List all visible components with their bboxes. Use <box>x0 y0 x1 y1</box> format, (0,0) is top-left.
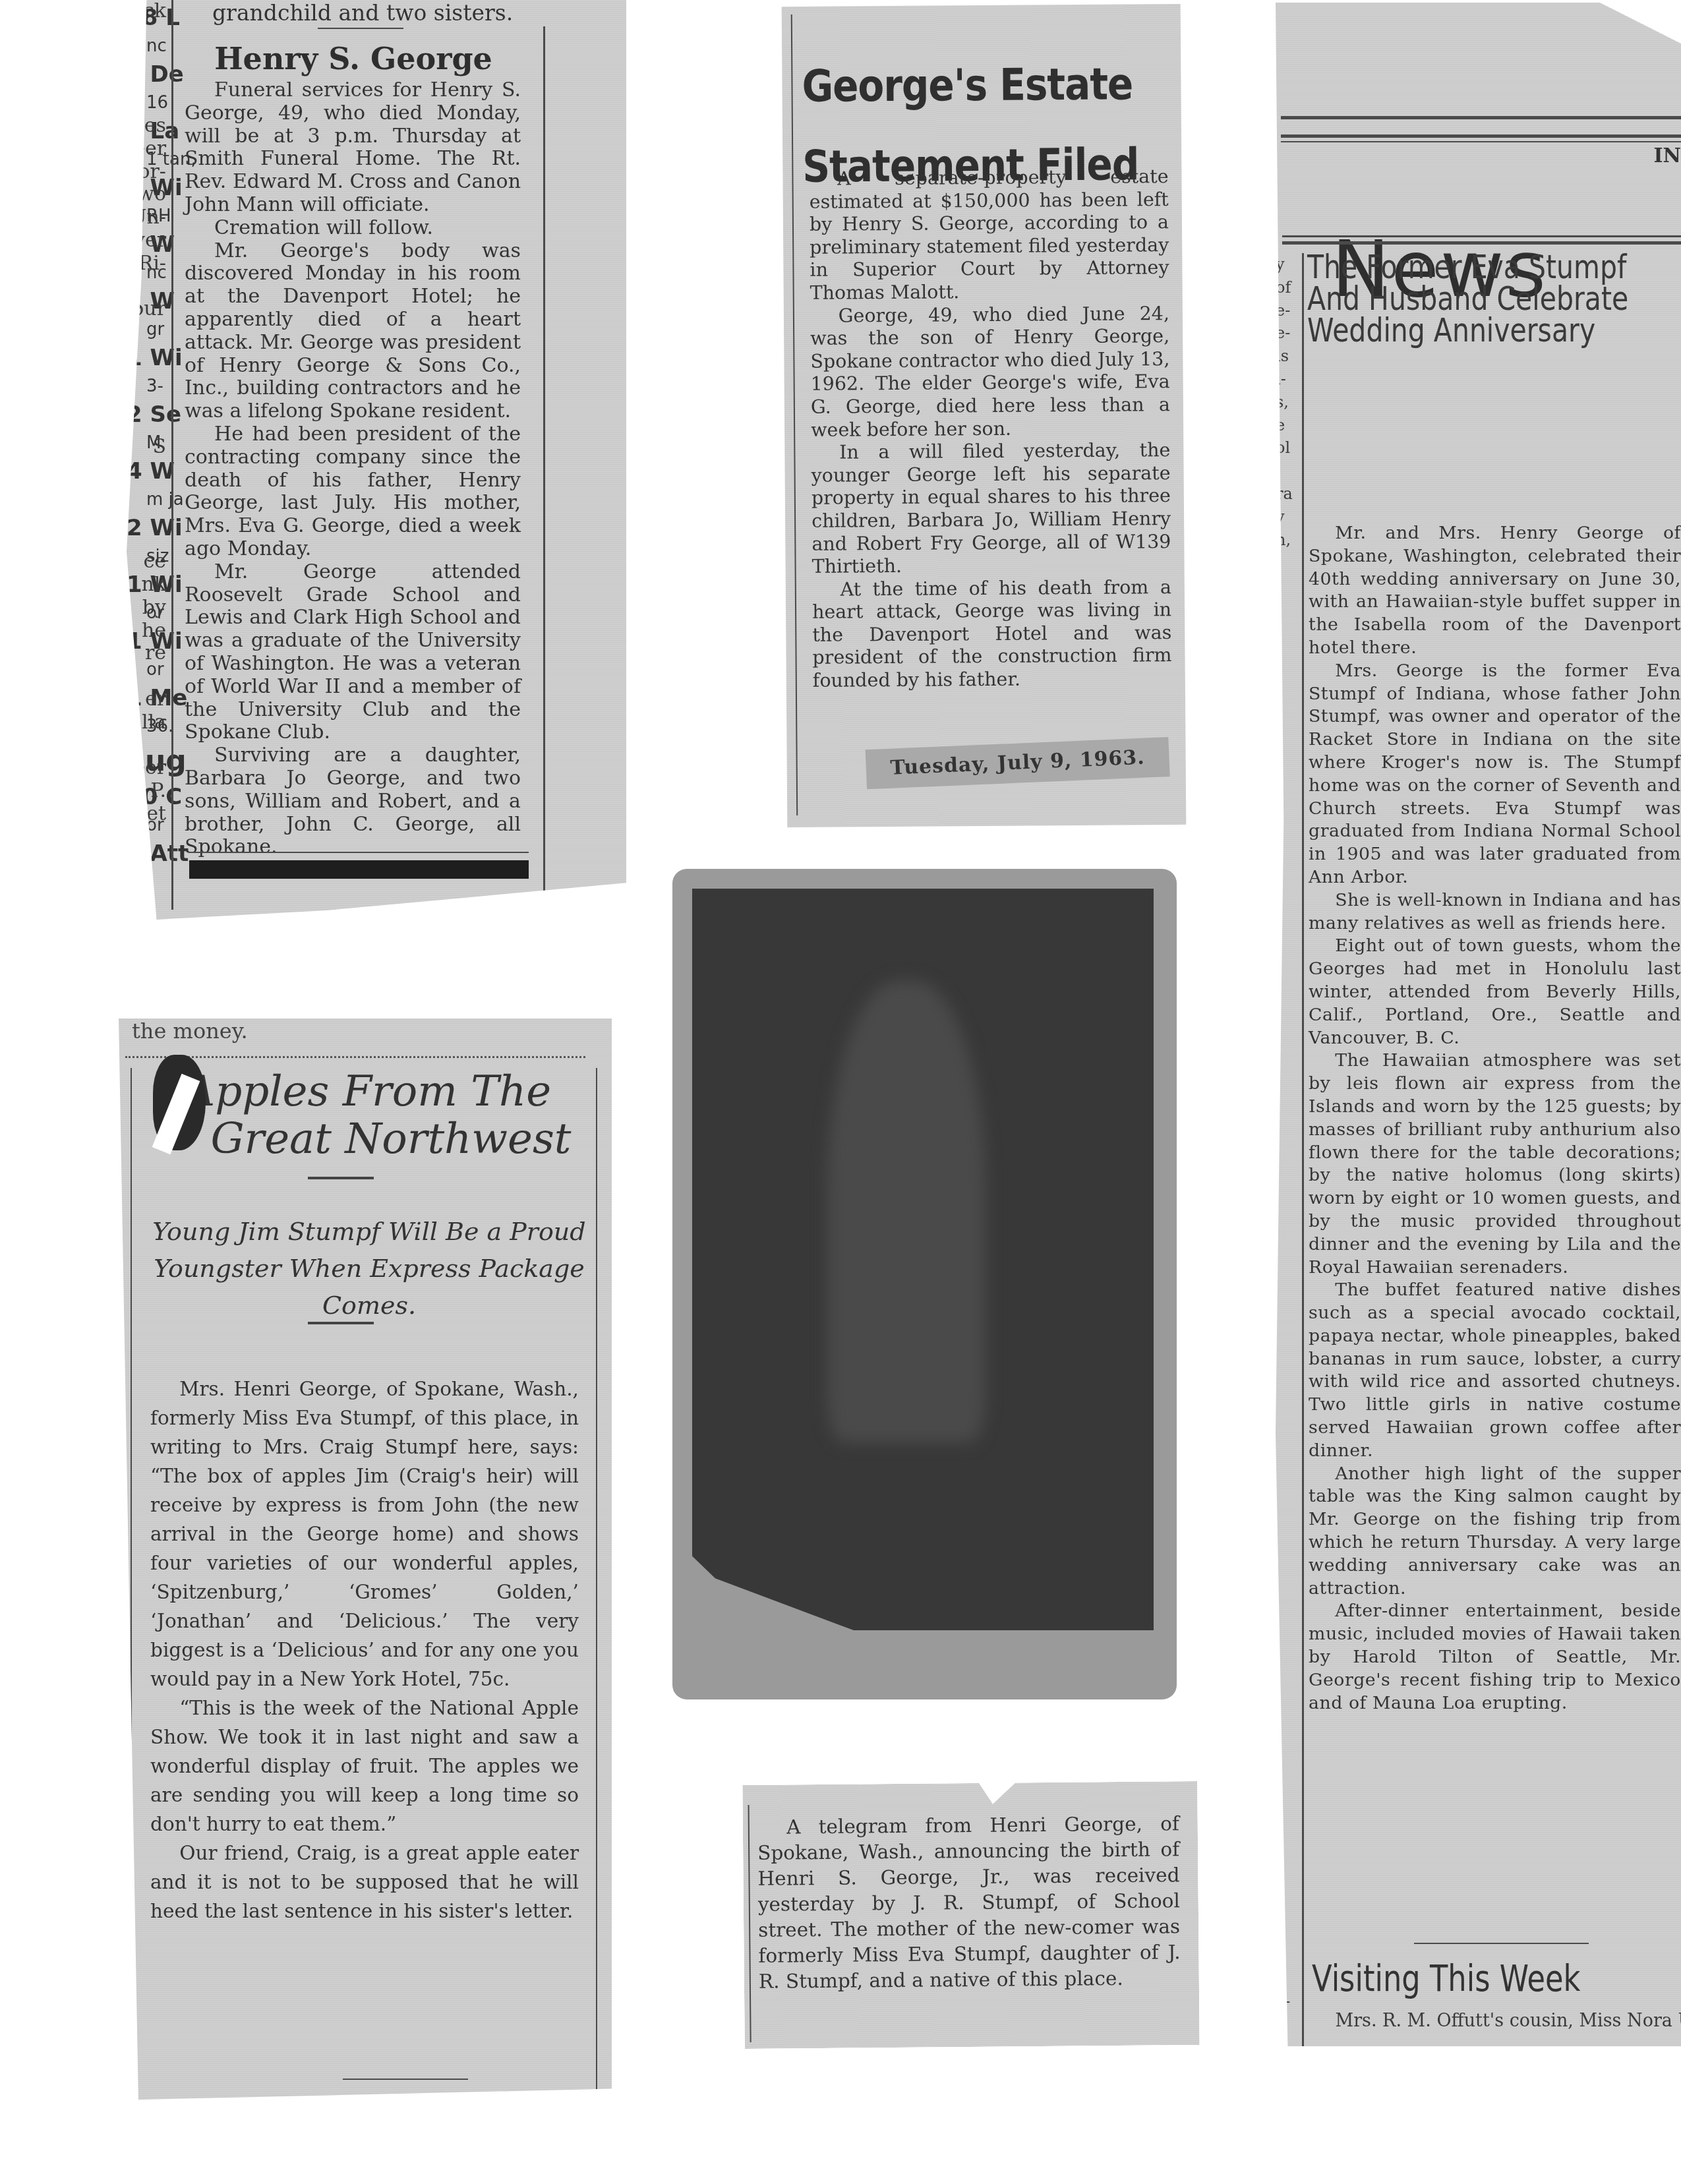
obituary-paragraph: Surviving are a daughter, Barbara Jo Geo… <box>185 744 521 859</box>
apples-paragraph: Our friend, Craig, is a great apple eate… <box>150 1839 579 1926</box>
estate-paragraph: George, 49, who died June 24, was the so… <box>810 303 1170 442</box>
anniversary-paragraph: Mrs. George is the former Eva Stumpf of … <box>1309 660 1681 889</box>
column-rule <box>131 1068 132 2096</box>
telegram-body: A telegram from Henri George, of Spokane… <box>757 1811 1181 1995</box>
masthead-rule <box>1281 141 1681 142</box>
headline-line: Great Northwest <box>137 1115 599 1163</box>
apples-subhead: Young Jim Stumpf Will Be a Proud Youngst… <box>138 1213 600 1324</box>
photo-image <box>692 889 1154 1630</box>
telegram-clipping: A telegram from Henri George, of Spokane… <box>742 1781 1199 2049</box>
obituary-paragraph: He had been president of the contracting… <box>185 423 521 561</box>
apples-paragraph: “This is the week of the National Apple … <box>150 1694 579 1839</box>
obituary-left-column-fragment: uck nes eer or- wo Un- ver Ri- our S ce … <box>127 0 166 826</box>
divider <box>1414 1943 1589 1944</box>
anniversary-paragraph: Mr. and Mrs. Henry George of Spokane, Wa… <box>1309 522 1681 660</box>
child-figure <box>827 981 986 1442</box>
anniversary-paragraph: After-dinner entertainment, beside music… <box>1309 1600 1681 1715</box>
anniversary-paragraph: The Hawaiian atmosphere was set by leis … <box>1309 1049 1681 1279</box>
apples-paragraph: Mrs. Henri George, of Spokane, Wash., fo… <box>150 1374 579 1694</box>
apples-top-line: the money. <box>132 1018 248 1044</box>
headline-line: Apples From The <box>137 1068 599 1115</box>
anniversary-paragraph: Eight out of town guests, whom the Georg… <box>1309 935 1681 1049</box>
apples-body: Mrs. Henri George, of Spokane, Wash., fo… <box>150 1374 579 1926</box>
masthead-rule <box>1281 116 1681 119</box>
anniversary-body: Mr. and Mrs. Henry George of Spokane, Wa… <box>1309 522 1681 1715</box>
estate-clipping: George's Estate Statement Filed A separa… <box>782 4 1187 827</box>
visiting-body: Mrs. R. M. Offutt's cousin, Miss Nora Ub… <box>1309 2010 1681 2033</box>
left-column-fragment: n e e- e <box>1276 1944 1295 2036</box>
obituary-body: Funeral services for Henry S. George, 49… <box>185 79 521 859</box>
child-photograph <box>672 869 1177 1699</box>
obituary-paragraph: Mr. George attended Roosevelt Grade Scho… <box>185 561 521 744</box>
obituary-title: Henry S. George <box>212 41 494 76</box>
column-rule <box>1302 253 1304 2046</box>
anniversary-paragraph: The buffet featured native dishes such a… <box>1309 1279 1681 1462</box>
divider <box>318 28 403 29</box>
corner-text: IN <box>1654 144 1681 167</box>
headline-line: Wedding Anniversary <box>1307 314 1610 346</box>
apples-clipping: the money. Apples From The Great Northwe… <box>119 1018 612 2100</box>
column-rule <box>543 26 545 920</box>
visiting-paragraph: Mrs. R. M. Offutt's cousin, Miss Nora Ub… <box>1309 2010 1681 2033</box>
obituary-clipping: uck nes eer or- wo Un- ver Ri- our S ce … <box>127 0 626 920</box>
apples-headline: Apples From The Great Northwest <box>137 1068 599 1163</box>
estate-body: A separate-property estate estimated at … <box>809 165 1172 692</box>
divider <box>308 1322 374 1324</box>
column-rule <box>791 15 798 815</box>
news-page-clipping: IN News y of e- e- ls i- s, e ol ra y n,… <box>1276 3 1681 2046</box>
divider <box>308 1177 374 1179</box>
left-column-fragment: y of e- e- ls i- s, e ol ra y n, <box>1276 253 1295 551</box>
anniversary-headline: The Former Eva Stumpf And Husband Celebr… <box>1307 251 1610 346</box>
anniversary-paragraph: Another high light of the supper table w… <box>1309 1463 1681 1601</box>
estate-paragraph: A separate-property estate estimated at … <box>809 165 1169 305</box>
estate-paragraph: At the time of his death from a heart at… <box>812 576 1172 693</box>
headline-line: George's Estate <box>802 44 1145 127</box>
headline-line: The Former Eva Stumpf <box>1307 251 1610 283</box>
masthead-rule <box>1282 241 1681 245</box>
masthead-rule <box>1281 134 1681 138</box>
obituary-top-line: grandchild and two sisters. <box>212 0 513 26</box>
divider <box>189 852 529 853</box>
divider <box>343 2079 468 2080</box>
telegram-paragraph: A telegram from Henri George, of Spokane… <box>757 1811 1181 1995</box>
black-bar <box>189 860 529 879</box>
obituary-paragraph: Cremation will follow. <box>185 217 521 240</box>
estate-paragraph: In a will filed yesterday, the younger G… <box>811 439 1171 578</box>
obituary-paragraph: Mr. George's body was discovered Monday … <box>185 240 521 423</box>
anniversary-paragraph: She is well-known in Indiana and has man… <box>1309 889 1681 935</box>
wavy-rule <box>125 1056 585 1061</box>
column-rule <box>171 0 173 910</box>
date-banner: Tuesday, July 9, 1963. <box>866 737 1170 789</box>
masthead-rule <box>1282 235 1681 237</box>
headline-line: And Husband Celebrate <box>1307 283 1610 314</box>
column-rule <box>748 1805 752 2042</box>
visiting-subheadline: Visiting This Week <box>1312 1957 1581 2000</box>
obituary-paragraph: Funeral services for Henry S. George, 49… <box>185 79 521 217</box>
